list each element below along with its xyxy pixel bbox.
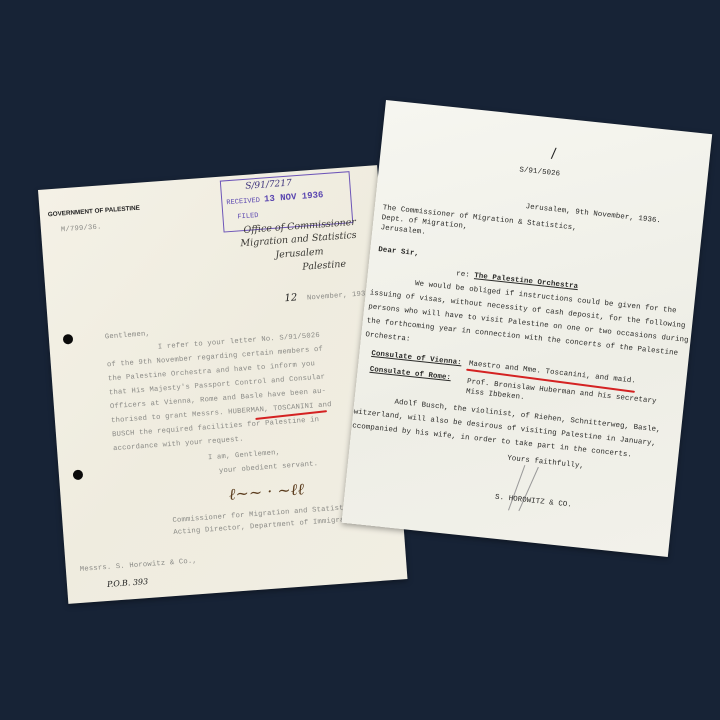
office-line: Palestine bbox=[302, 259, 346, 273]
punch-hole bbox=[63, 334, 74, 345]
stamp-received-label: RECEIVED bbox=[226, 197, 260, 207]
letter-date: 12 November, 1936. bbox=[284, 282, 375, 307]
closing: Yours faithfully, bbox=[507, 455, 585, 471]
body-line: Orchestra: bbox=[365, 331, 411, 344]
consulate-label-rome: Consulate of Rome: bbox=[369, 366, 451, 382]
reference-number: M/799/36. bbox=[61, 223, 102, 234]
letter-government-of-palestine: GOVERNMENT OF PALESTINE M/799/36. S/91/7… bbox=[38, 165, 407, 604]
letterhead: GOVERNMENT OF PALESTINE bbox=[48, 205, 141, 219]
addressee: Messrs. S. Horowitz & Co., bbox=[80, 557, 198, 574]
stamp-number: S/91/7217 bbox=[245, 178, 292, 191]
handwritten-signature: ℓ~~ · ~ℓℓ bbox=[228, 479, 305, 504]
body-line: accordance with your request. bbox=[113, 436, 244, 454]
closing-line: your obedient servant. bbox=[219, 460, 319, 475]
signatory: S. HOROWITZ & CO. bbox=[495, 494, 573, 510]
pencil-note: P.O.B. 393 bbox=[107, 577, 149, 589]
date-day: 12 bbox=[284, 292, 298, 304]
handwritten-mark: / bbox=[550, 146, 556, 162]
stamp-received-date: 13 NOV 1936 bbox=[264, 190, 324, 204]
stamp-filed-label: FILED bbox=[237, 212, 259, 222]
office-line: Jerusalem bbox=[275, 246, 324, 261]
closing-line: I am, Gentlemen, bbox=[208, 449, 281, 462]
salutation: Dear Sir, bbox=[378, 246, 419, 258]
subject-prefix: re: bbox=[456, 270, 470, 279]
reference-number: S/91/5026 bbox=[519, 166, 560, 178]
salutation: Gentlemen, bbox=[105, 330, 151, 341]
letter-horowitz-and-co: / S/91/5026 Jerusalem, 9th November, 193… bbox=[342, 100, 713, 557]
consulate-label-vienna: Consulate of Vienna: bbox=[371, 350, 462, 367]
punch-hole bbox=[73, 469, 84, 480]
